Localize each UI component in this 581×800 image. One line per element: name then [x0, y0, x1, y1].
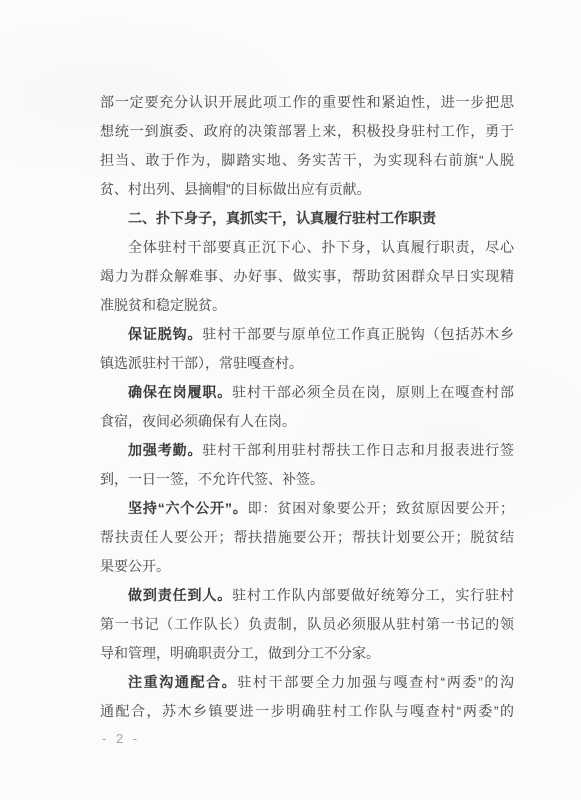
document-line: 到，一日一签，不允许代签、补签。	[100, 465, 514, 494]
line-text: 帮扶责任人要公开；帮扶措施要公开；帮扶计划要公开；脱贫结	[100, 529, 514, 545]
section-heading: 二、扑下身子，真抓实干，认真履行驻村工作职责	[100, 204, 514, 233]
line-text: 通配合，苏木乡镇要进一步明确驻村工作队与嘎查村“两委”的	[100, 703, 514, 719]
line-text: 驻村工作队内部要做好统筹分工，实行驻村	[232, 587, 514, 603]
line-text: 竭力为群众解难事、办好事、做实事，帮助贫困群众早日实现精	[100, 268, 514, 284]
document-line: 坚持“六个公开”。即：贫困对象要公开；致贫原因要公开；	[100, 494, 514, 523]
document-line: 做到责任到人。驻村工作队内部要做好统筹分工，实行驻村	[100, 581, 514, 610]
document-line: 贫、村出列、县摘帽”的目标做出应有贡献。	[100, 175, 514, 204]
bold-lead-in: 二、扑下身子，真抓实干，认真履行驻村工作职责	[128, 210, 436, 226]
line-text: 准脱贫和稳定脱贫。	[100, 297, 226, 313]
document-line: 想统一到旗委、政府的决策部署上来，积极投身驻村工作，勇于	[100, 117, 514, 146]
line-text: 部一定要充分认识开展此项工作的重要性和紧迫性，进一步把思	[100, 94, 514, 110]
line-text: 想统一到旗委、政府的决策部署上来，积极投身驻村工作，勇于	[100, 123, 514, 139]
bold-lead-in: 确保在岗履职。	[128, 384, 232, 400]
document-line: 镇选派驻村干部），常驻嘎查村。	[100, 349, 514, 378]
line-text: 食宿，夜间必须确保有人在岗。	[100, 413, 296, 429]
document-line: 果要公开。	[100, 552, 514, 581]
document-line: 第一书记（工作队长）负责制，队员必须服从驻村第一书记的领	[100, 610, 514, 639]
document-line: 食宿，夜间必须确保有人在岗。	[100, 407, 514, 436]
document-line: 担当、敢于作为，脚踏实地、务实苦干，为实现科右前旗“人脱	[100, 146, 514, 175]
line-text: 全体驻村干部要真正沉下心、扑下身，认真履行职责，尽心	[128, 239, 514, 255]
bold-lead-in: 坚持“六个公开”。	[128, 500, 248, 516]
line-text: 到，一日一签，不允许代签、补签。	[100, 471, 324, 487]
line-text: 担当、敢于作为，脚踏实地、务实苦干，为实现科右前旗“人脱	[100, 152, 514, 168]
document-line: 帮扶责任人要公开；帮扶措施要公开；帮扶计划要公开；脱贫结	[100, 523, 514, 552]
bold-lead-in: 做到责任到人。	[128, 587, 232, 603]
line-text: 驻村干部要全力加强与嘎查村“两委”的沟	[237, 674, 514, 690]
bold-lead-in: 保证脱钩。	[128, 326, 202, 342]
line-text: 驻村干部利用驻村帮扶工作日志和月报表进行签	[202, 442, 514, 458]
line-text: 果要公开。	[100, 558, 170, 574]
document-page: 部一定要充分认识开展此项工作的重要性和紧迫性，进一步把思想统一到旗委、政府的决策…	[0, 0, 581, 800]
line-text: 镇选派驻村干部），常驻嘎查村。	[100, 355, 303, 371]
line-text: 即：贫困对象要公开；致贫原因要公开；	[248, 500, 514, 516]
document-body: 部一定要充分认识开展此项工作的重要性和紧迫性，进一步把思想统一到旗委、政府的决策…	[100, 88, 514, 726]
document-line: 保证脱钩。驻村干部要与原单位工作真正脱钩（包括苏木乡	[100, 320, 514, 349]
document-line: 确保在岗履职。驻村干部必须全员在岗，原则上在嘎查村部	[100, 378, 514, 407]
line-text: 驻村干部必须全员在岗，原则上在嘎查村部	[232, 384, 514, 400]
document-line: 加强考勤。驻村干部利用驻村帮扶工作日志和月报表进行签	[100, 436, 514, 465]
document-line: 准脱贫和稳定脱贫。	[100, 291, 514, 320]
document-line: 导和管理，明确职责分工，做到分工不分家。	[100, 639, 514, 668]
document-line: 全体驻村干部要真正沉下心、扑下身，认真履行职责，尽心	[100, 233, 514, 262]
bold-lead-in: 加强考勤。	[128, 442, 202, 458]
bold-lead-in: 注重沟通配合。	[128, 674, 237, 690]
line-text: 贫、村出列、县摘帽”的目标做出应有贡献。	[100, 181, 371, 197]
line-text: 导和管理，明确职责分工，做到分工不分家。	[100, 645, 380, 661]
document-line: 部一定要充分认识开展此项工作的重要性和紧迫性，进一步把思	[100, 88, 514, 117]
page-number: - 2 -	[102, 730, 140, 748]
line-text: 驻村干部要与原单位工作真正脱钩（包括苏木乡	[202, 326, 514, 342]
document-line: 竭力为群众解难事、办好事、做实事，帮助贫困群众早日实现精	[100, 262, 514, 291]
line-text: 第一书记（工作队长）负责制，队员必须服从驻村第一书记的领	[100, 616, 514, 632]
document-line: 注重沟通配合。驻村干部要全力加强与嘎查村“两委”的沟	[100, 668, 514, 697]
document-line: 通配合，苏木乡镇要进一步明确驻村工作队与嘎查村“两委”的	[100, 697, 514, 726]
